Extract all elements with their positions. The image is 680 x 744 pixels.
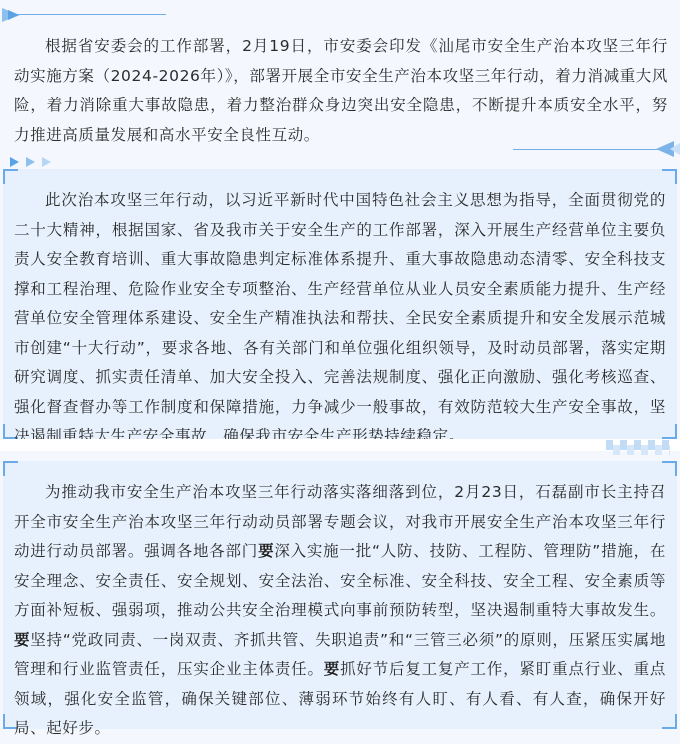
decorative-line [18, 14, 166, 15]
checker-decoration [613, 445, 670, 455]
decorative-line [513, 149, 659, 150]
corner-bracket-icon [662, 461, 677, 476]
action-plan-box: 此次治本攻坚三年行动，以习近平新时代中国特色社会主义思想为指导，全面贯彻党的二十… [3, 169, 677, 439]
intro-paragraph: 根据省安委会的工作部署，2月19日，市安委会印发《汕尾市安全生产治本攻坚三年行动… [14, 32, 668, 150]
triangle-icon [26, 157, 35, 167]
corner-bracket-icon [662, 169, 677, 184]
triple-arrow-decoration [10, 157, 51, 167]
arrow-right-inner-icon [8, 10, 19, 20]
emphasis-yao: 要 [258, 542, 274, 560]
action-plan-paragraph: 此次治本攻坚三年行动，以习近平新时代中国特色社会主义思想为指导，全面贯彻党的二十… [14, 186, 666, 452]
meeting-paragraph: 为推动我市安全生产治本攻坚三年行动落实落细落到位，2月23日，石磊副市长主持召开… [14, 478, 666, 744]
emphasis-yao: 要 [324, 660, 340, 678]
corner-bracket-icon [3, 169, 18, 184]
corner-bracket-icon [3, 461, 18, 476]
intro-section: 根据省安委会的工作部署，2月19日，市安委会印发《汕尾市安全生产治本攻坚三年行动… [0, 0, 680, 150]
triangle-icon [42, 157, 51, 167]
arrow-left-inner-icon [670, 143, 680, 155]
triangle-icon [10, 157, 19, 167]
emphasis-yao: 要 [14, 631, 30, 649]
meeting-box: 为推动我市安全生产治本攻坚三年行动落实落细落到位，2月23日，石磊副市长主持召开… [3, 461, 677, 729]
section-divider [0, 439, 680, 451]
